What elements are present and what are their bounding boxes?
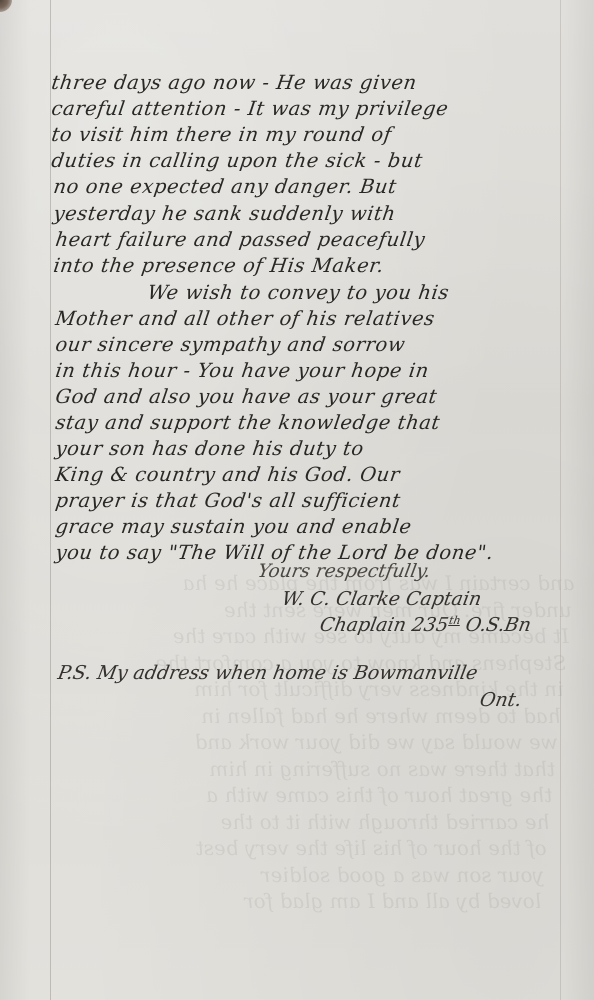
letter-line: King & country and his God. Our	[54, 463, 402, 486]
letter-line: yesterday he sank suddenly with	[52, 202, 397, 225]
bleed-line: the great hour of this came with a	[51, 782, 554, 809]
letter-line: duties in calling upon the sick - but	[50, 149, 424, 172]
letter-closing: Yours respectfully.	[256, 561, 432, 582]
postscript-line-2: Ont.	[478, 689, 523, 711]
letter-line: grace may sustain you and enable	[54, 515, 413, 538]
signature-name: W. C. Clarke Captain	[280, 588, 483, 610]
letter-line: our sincere sympathy and sorrow	[54, 333, 407, 356]
letter-line: heart failure and passed peacefully	[54, 228, 427, 251]
bleed-line: your son was a good soldier	[43, 862, 546, 889]
page-edge-right	[564, 0, 594, 1000]
signature-title: Chaplain 235th O.S.Bn	[318, 614, 533, 636]
letter-line: into the presence of His Maker.	[52, 254, 386, 277]
letter-line: stay and support the knowledge that	[54, 411, 442, 434]
letter-line-indented: We wish to convey to you his	[146, 281, 451, 304]
left-margin-rule	[50, 0, 51, 1000]
bleed-line: of the hour of his life the very best	[45, 835, 548, 862]
postscript-line-1: P.S. My address when home is Bowmanville	[56, 662, 479, 684]
page-edge-left	[0, 0, 30, 1000]
bleed-line: he carried through with it to the	[48, 809, 551, 836]
letter-line: no one expected any danger. But	[52, 175, 398, 198]
signature-title-suffix: O.S.Bn	[458, 614, 533, 636]
letter-line: careful attention - It was my privilege	[50, 97, 450, 120]
letter-line: Mother and all other of his relatives	[54, 307, 436, 330]
signature-title-prefix: Chaplain 235	[318, 614, 450, 636]
letter-line: three days ago now - He was given	[50, 71, 418, 94]
letter-line: prayer is that God's all sufficient	[54, 489, 402, 512]
letter-line: to visit him there in my round of	[50, 123, 393, 146]
bleed-line: that there was no suffering in him	[54, 756, 557, 783]
letter-line: in this hour - You have your hope in	[54, 359, 431, 382]
bleed-line: we would say we did your work and	[57, 729, 560, 756]
letter-page: and certain I was from the place he ha u…	[0, 0, 594, 1000]
right-margin-rule	[560, 0, 561, 1000]
letter-line: God and also you have as your great	[54, 385, 439, 408]
bleed-line: loved by all and I am glad for	[40, 888, 543, 915]
letter-line: your son has done his duty to	[54, 437, 366, 460]
